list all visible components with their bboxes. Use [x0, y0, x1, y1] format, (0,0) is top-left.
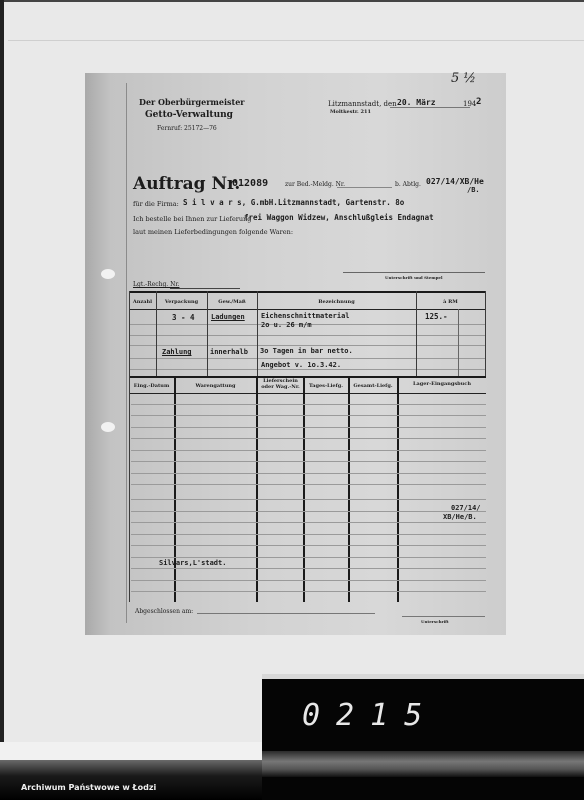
signature-label: Unterschrift und Stempel [385, 275, 442, 280]
receipt-rule [131, 545, 486, 546]
receipt-rule [131, 450, 486, 451]
firma-value: S i l v a r s, G.mbH.Litzmannstadt, Gart… [183, 198, 404, 207]
archive-label: Archiwum Państwowe w Łodzi [21, 783, 156, 792]
bed-meldg-line [337, 187, 392, 188]
abtlg-value-2: /B. [467, 186, 480, 194]
col-header-verpackung: Verpackung [156, 299, 207, 305]
order-title: Auftrag Nr. [133, 174, 240, 194]
film-band [262, 751, 584, 777]
supplier-note: Silvars,L'stadt. [159, 559, 226, 567]
col-header-anzahl: Anzahl [129, 299, 156, 305]
authority-line-1: Der Oberbürgermeister [139, 97, 245, 107]
col-header-preis: à RM [416, 299, 485, 305]
col-header-warengattung: Warengattung [175, 383, 256, 389]
col-header-eing-datum: Eing.-Datum [129, 383, 174, 389]
col-header-bezeichnung: Bezeichnung [257, 299, 416, 305]
receipt-rule [131, 580, 486, 581]
row3-verpackung: Zahlung [162, 348, 192, 356]
row1-preis: 125.- [425, 312, 448, 321]
receipt-header-bottom [129, 393, 486, 394]
place-label: Litzmannstadt, den [328, 100, 397, 108]
abtlg-value: 027/14/XB/He [426, 177, 484, 186]
receipt-rule [131, 473, 486, 474]
scan-left-edge [0, 0, 4, 800]
signature-line [343, 272, 485, 273]
row1-bezeichnung: Eichenschnittmaterial [261, 312, 350, 320]
items-rule [129, 369, 486, 370]
items-col-border [485, 291, 486, 377]
items-rule [129, 358, 486, 359]
row1-verpackung: 3 - 4 [172, 313, 195, 322]
punch-hole-top [101, 269, 115, 279]
reference-note-line-2: XB/He/B. [443, 513, 477, 521]
items-rule [129, 345, 486, 346]
col-header-gewicht: Gew./Maß [207, 299, 257, 305]
row2-bezeichnung: 2o u. 26 m/m [261, 321, 312, 329]
col-header-lieferschein: Lieferschein oder Wag.-Nr. [258, 378, 303, 390]
date-underline [390, 107, 470, 108]
authority-line-2: Getto-Verwaltung [145, 110, 233, 120]
closed-label: Abgeschlossen am: [135, 608, 193, 615]
col-header-tages-liefg: Tages-Liefg. [304, 383, 348, 389]
receipt-rule [131, 511, 486, 512]
row3-gewicht: innerhalb [210, 348, 248, 356]
firma-label: für die Firma: [133, 200, 179, 208]
row1-gewicht: Ladungen [211, 313, 245, 321]
year-suffix: 2 [476, 97, 481, 107]
receipt-rule [131, 484, 486, 485]
receipt-rule [131, 438, 486, 439]
lgt-rechg-label: Lgt.-Rechg. Nr. [133, 281, 180, 288]
items-col-border [458, 309, 459, 377]
phone-number: Fernruf: 25172—76 [157, 125, 217, 132]
receipt-rule [131, 404, 486, 405]
conditions-line: laut meinen Lieferbedingungen folgende W… [133, 228, 293, 236]
receipt-rule [131, 591, 486, 592]
receipt-rule [131, 534, 486, 535]
footer-signature-line [402, 616, 485, 617]
receipt-rule [131, 557, 486, 558]
punch-hole-bottom [101, 422, 115, 432]
bed-meldg-label: zur Bed.-Meldg. Nr. [285, 181, 345, 188]
film-top-edge [262, 674, 584, 679]
scan-top-edge [0, 0, 584, 2]
date-typed: 20. März [397, 98, 436, 107]
frame-number: 0215 [302, 698, 438, 733]
abtlg-label: b. Abtlg. [395, 181, 421, 188]
scan-guide-line [8, 40, 584, 41]
order-number: 012089 [232, 178, 268, 189]
closed-date-line [197, 613, 375, 614]
order-line-label: Ich bestelle bei Ihnen zur Lieferung [133, 215, 251, 223]
lgt-rechg-line [170, 288, 240, 289]
handwritten-page-number: 5 ½ [451, 71, 476, 86]
order-document: Der Oberbürgermeister Getto-Verwaltung F… [85, 73, 506, 635]
footer-signature-label: Unterschrift [421, 619, 449, 624]
margin-line [126, 83, 127, 623]
receipt-col-border [129, 376, 130, 602]
receipt-rule [131, 461, 486, 462]
items-rule [129, 335, 486, 336]
col-header-lager-eingangsbuch: Lager-Eingangsbuch [398, 381, 486, 387]
row4-bezeichnung: Angebot v. 1o.3.42. [261, 361, 341, 369]
film-frame-counter: 0215 [262, 674, 584, 800]
year-prefix: 194 [463, 100, 476, 108]
receipt-table-top-border [129, 376, 486, 378]
col-header-gesamt-liefg: Gesamt-Liefg. [349, 383, 397, 389]
items-table-top-border [129, 291, 486, 293]
receipt-rule [131, 415, 486, 416]
items-header-bottom [129, 309, 486, 310]
delivery-value: frei Waggon Widzew, Anschlußgleis Endagn… [244, 213, 434, 222]
receipt-rule [131, 427, 486, 428]
receipt-rule [131, 568, 486, 569]
receipt-rule [131, 499, 486, 500]
reference-note-line-1: 027/14/ [451, 504, 481, 512]
receipt-rule [131, 522, 486, 523]
street-address: Moltkestr. 211 [330, 109, 371, 115]
row3-bezeichnung: 3o Tagen in bar netto. [260, 347, 353, 355]
